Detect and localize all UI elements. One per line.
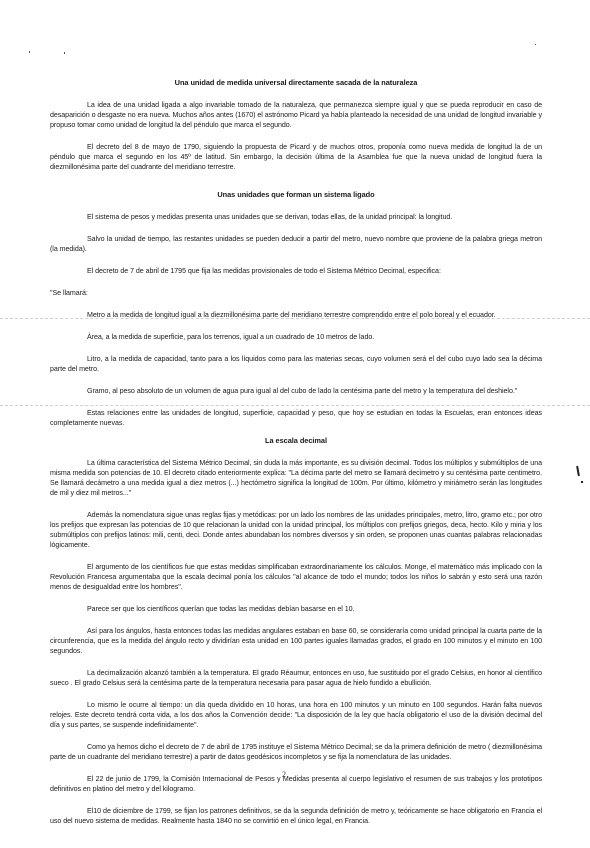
paragraph: El decreto del 8 de mayo de 1790, siguie…	[50, 142, 542, 172]
paragraph: Como ya hemos dicho el decreto de 7 de a…	[50, 742, 542, 762]
definition-paragraph: Área, a la medida de superficie, para lo…	[50, 332, 542, 342]
paragraph: Parece ser que los científicos querían q…	[50, 604, 542, 614]
scanned-page: Una unidad de medida universal directame…	[0, 0, 590, 848]
paragraph: Lo mismo le ocurre al tiempo: un día que…	[50, 700, 542, 730]
paragraph: El sistema de pesos y medidas presenta u…	[50, 212, 542, 222]
paragraph: La última característica del Sistema Mét…	[50, 458, 542, 498]
scan-speck	[535, 44, 536, 45]
paragraph: El decreto de 7 de abril de 1795 que fij…	[50, 266, 542, 276]
definition-paragraph: Gramo, al peso absoluto de un volumen de…	[50, 386, 542, 396]
section-heading: La escala decimal	[50, 436, 542, 446]
margin-mark-dot	[581, 481, 583, 483]
section-heading: Unas unidades que forman un sistema liga…	[50, 190, 542, 200]
paragraph: Salvo la unidad de tiempo, las restantes…	[50, 234, 542, 254]
paragraph: El 22 de junio de 1799, la Comisión Inte…	[50, 774, 542, 794]
paragraph: Además la nomenclatura sigue unas reglas…	[50, 510, 542, 550]
paragraph: El argumento de los científicos fue que …	[50, 562, 542, 592]
section-heading: Una unidad de medida universal directame…	[50, 78, 542, 88]
margin-mark	[576, 466, 580, 476]
paragraph: La idea de una unidad ligada a algo inva…	[50, 100, 542, 130]
paragraph: La decimalización alcanzó también a la t…	[50, 668, 542, 688]
paragraph: Así para los ángulos, hasta entonces tod…	[50, 626, 542, 656]
paragraph: Estas relaciones entre las unidades de l…	[50, 408, 542, 428]
quote-intro: "Se llamará:	[50, 288, 542, 298]
document-body: Una unidad de medida universal directame…	[50, 78, 542, 826]
paragraph: El10 de diciembre de 1799, se fijan los …	[50, 806, 542, 826]
page-number: 2	[278, 770, 290, 779]
definition-paragraph: Metro a la medida de longitud igual a la…	[50, 310, 542, 320]
scan-speck	[29, 51, 30, 53]
scan-speck	[64, 52, 65, 54]
definition-paragraph: Litro, a la medida de capacidad, tanto p…	[50, 354, 542, 374]
